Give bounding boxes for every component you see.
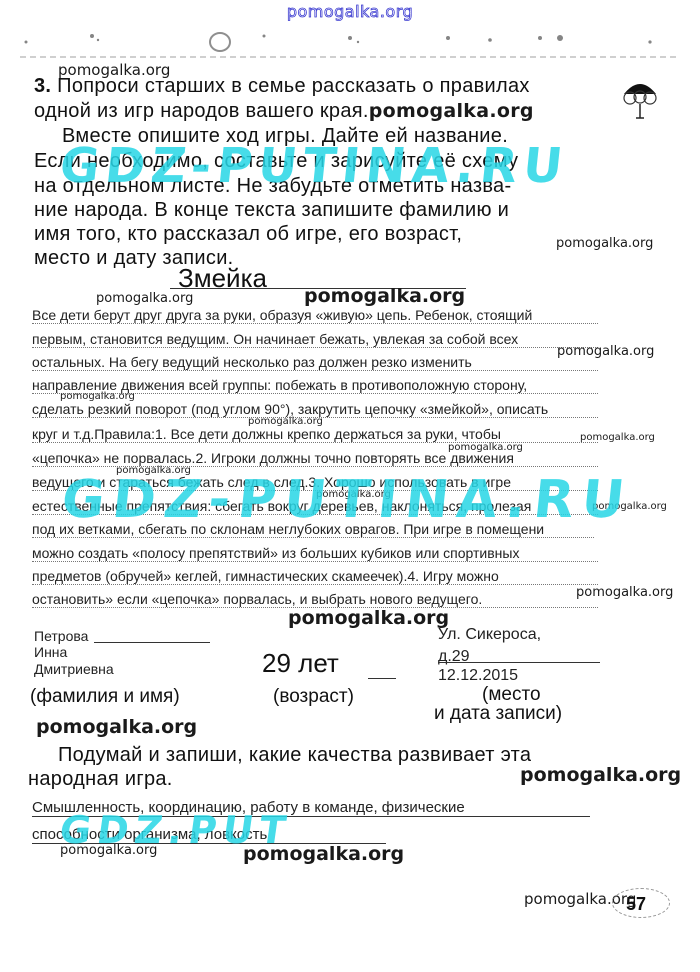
watermark: pomogalka.org	[448, 442, 523, 453]
watermark: pomogalka.org	[557, 344, 654, 359]
name-underline	[94, 642, 210, 643]
age-underline	[368, 678, 396, 679]
description-line: круг и т.д.Правила:1. Все дети должны кр…	[32, 426, 598, 443]
watermark: pomogalka.org	[248, 416, 323, 427]
task-number: 3.	[34, 75, 51, 97]
instruction-line-5: имя того, кто рассказал об игре, его воз…	[34, 222, 462, 247]
watermark: pomogalka.org	[576, 585, 673, 600]
watermark: pomogalka.org	[288, 607, 449, 629]
description-line: Все дети берут друг друга за руки, образ…	[32, 307, 598, 324]
decorative-header-illustration	[20, 30, 680, 52]
instruction-line-4: ние народа. В конце текста запишите фами…	[34, 198, 509, 223]
label-name: (фамилия и имя)	[30, 686, 180, 708]
watermark: pomogalka.org	[60, 391, 135, 402]
children-group-icon	[618, 72, 662, 126]
page-number: 57	[626, 894, 646, 915]
label-age: (возраст)	[273, 686, 354, 708]
label-date: и дата записи)	[434, 703, 562, 725]
place-line-1: Ул. Сикероса,	[438, 626, 541, 644]
top-watermark: pomogalka.org	[0, 2, 700, 21]
overlay-watermark: GDZ-PUTINA.RU	[57, 138, 571, 194]
overlay-watermark: GDZ-PUTINA.RU	[59, 470, 635, 530]
record-date: 12.12.2015	[438, 667, 518, 685]
watermark: pomogalka.org	[580, 432, 655, 443]
header-divider	[20, 56, 680, 58]
watermark: pomogalka.org	[36, 716, 197, 738]
watermark: pomogalka.org	[60, 843, 157, 858]
description-line: предметов (обручей» кеглей, гимнастическ…	[32, 568, 598, 585]
description-line: остальных. На бегу ведущий несколько раз…	[32, 354, 598, 371]
watermark: pomogalka.org	[304, 285, 465, 307]
task-intro-line-2: одной из игр народов вашего края.pomogal…	[34, 99, 534, 124]
watermark: pomogalka.org	[520, 764, 681, 786]
qualities-question-line-1: Подумай и запиши, какие качества развива…	[58, 743, 531, 768]
place-underline	[438, 662, 600, 663]
watermark: pomogalka.org	[243, 843, 404, 865]
place-line-2: д.29	[438, 648, 470, 666]
age-value: 29 лет	[262, 648, 339, 679]
description-line: остановить» если «цепочка» порвалась, и …	[32, 591, 598, 608]
qualities-question-line-2: народная игра.	[28, 767, 173, 792]
task-intro-line-1: 3. Попроси старших в семье рассказать о …	[34, 74, 530, 99]
game-title: Змейка	[178, 263, 267, 294]
surname: Петрова	[34, 628, 88, 644]
description-line: первым, становится ведущим. Он начинает …	[32, 331, 598, 348]
description-line: можно создать «полосу препятствий» из бо…	[32, 545, 598, 562]
first-name: Инна	[34, 644, 67, 660]
watermark: pomogalka.org	[96, 291, 193, 306]
watermark: pomogalka.org	[556, 236, 653, 251]
patronymic: Дмитриевна	[34, 661, 114, 677]
